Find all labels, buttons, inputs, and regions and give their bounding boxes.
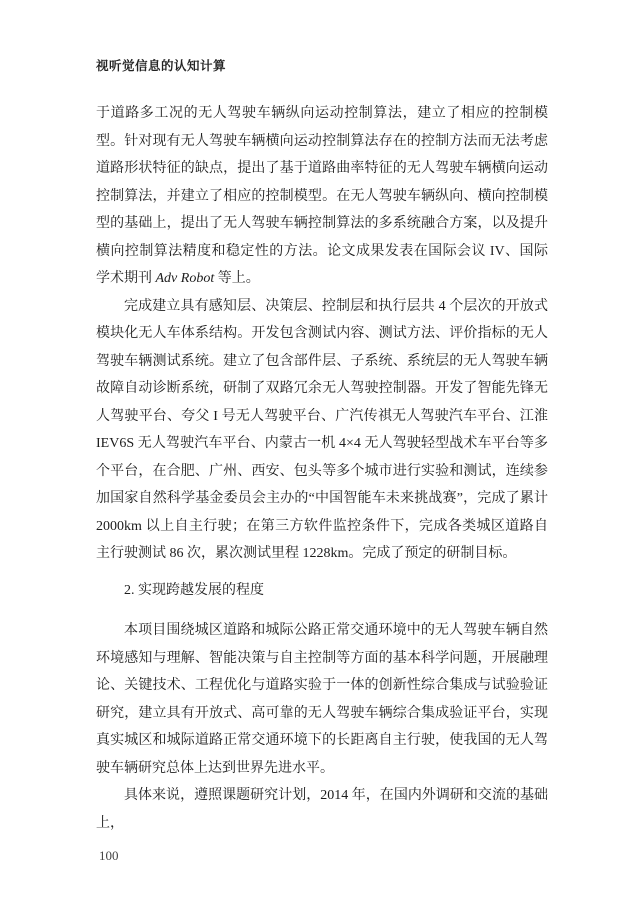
running-header: 视听觉信息的认知计算 xyxy=(96,56,226,74)
paragraph-text: 于道路多工况的无人驾驶车辆纵向运动控制算法，建立了相应的控制模型。针对现有无人驾… xyxy=(96,106,548,286)
section-heading: 2. 实现跨越发展的程度 xyxy=(96,577,548,605)
document-page: 视听觉信息的认知计算 于道路多工况的无人驾驶车辆纵向运动控制算法，建立了相应的控… xyxy=(0,0,643,908)
paragraph: 完成建立具有感知层、决策层、控制层和执行层共 4 个层次的开放式模块化无人车体系… xyxy=(96,293,548,568)
page-number: 100 xyxy=(99,848,119,864)
paragraph: 具体来说，遵照课题研究计划，2014 年，在国内外调研和交流的基础上， xyxy=(96,782,548,837)
journal-name: Adv Robot xyxy=(156,271,215,286)
paragraph: 于道路多工况的无人驾驶车辆纵向运动控制算法，建立了相应的控制模型。针对现有无人驾… xyxy=(96,100,548,293)
page-content: 于道路多工况的无人驾驶车辆纵向运动控制算法，建立了相应的控制模型。针对现有无人驾… xyxy=(96,100,548,837)
paragraph-text: 等上。 xyxy=(214,271,260,286)
paragraph: 本项目围绕城区道路和城际公路正常交通环境中的无人驾驶车辆自然环境感知与理解、智能… xyxy=(96,617,548,782)
